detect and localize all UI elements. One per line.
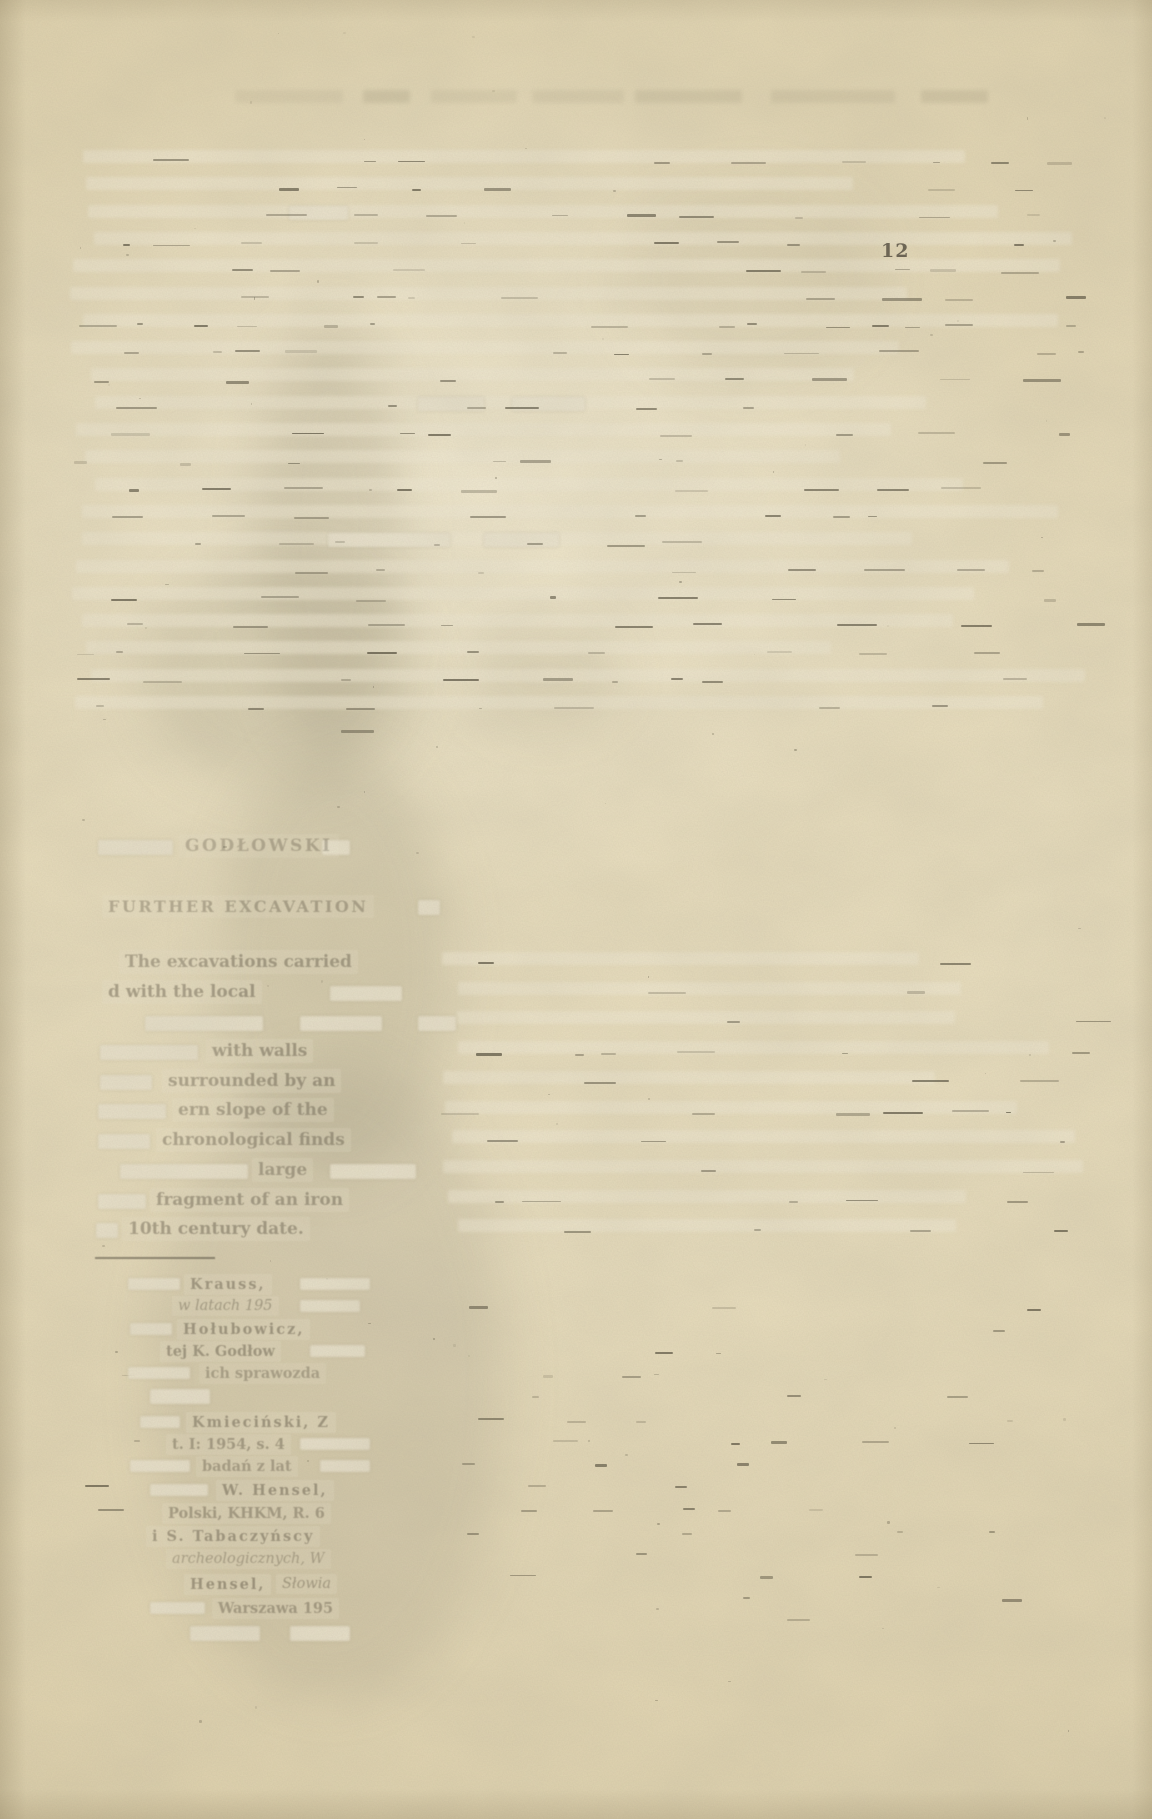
author-name-fragment: GODŁOWSKI (185, 836, 333, 856)
illegible-word-ghost (300, 1278, 370, 1290)
illegible-word-ghost (98, 840, 173, 855)
footnote-line: W. Hensel, (222, 1482, 328, 1499)
illegible-word-ghost (150, 1389, 210, 1404)
illegible-word-ghost (140, 1416, 180, 1428)
illegible-word-ghost (128, 1278, 180, 1290)
footnote-line: w latach 195 (178, 1298, 273, 1314)
illegible-word-ghost (130, 1460, 190, 1472)
illegible-word-ghost (120, 1164, 248, 1179)
paragraph-line: d with the local (108, 982, 256, 1002)
footnote-line: Krauss, (190, 1276, 266, 1293)
article-title-fragment: FURTHER EXCAVATION (108, 897, 368, 916)
illegible-word-ghost (300, 1300, 360, 1312)
illegible-word-ghost (330, 986, 402, 1001)
illegible-word-ghost (98, 1134, 150, 1149)
illegible-word-ghost (300, 1016, 382, 1031)
paragraph-line: ern slope of the (178, 1100, 328, 1120)
illegible-word-ghost (190, 1626, 260, 1641)
illegible-word-ghost (150, 1602, 205, 1614)
footnote-line: tej K. Godłow (166, 1343, 275, 1360)
footnote-line: archeologicznych, W (172, 1551, 325, 1567)
illegible-word-ghost (150, 1484, 208, 1496)
illegible-word-ghost (330, 1164, 416, 1179)
footnote-line: Warszawa 195 (218, 1600, 333, 1617)
illegible-word-ghost (145, 1016, 263, 1031)
illegible-word-ghost (300, 1438, 370, 1450)
paragraph-line: with walls (212, 1041, 307, 1061)
scanned-page: GODŁOWSKIFURTHER EXCAVATIONThe excavatio… (0, 0, 1152, 1819)
illegible-word-ghost (418, 1016, 456, 1031)
footnote-rule (95, 1257, 215, 1259)
illegible-word-ghost (130, 1323, 172, 1335)
page-number: 12 (881, 240, 909, 262)
footnote-line: t. I: 1954, s. 4 (172, 1436, 285, 1453)
paragraph-line: The excavations carried (125, 952, 352, 972)
illegible-word-ghost (310, 1345, 365, 1357)
illegible-word-ghost (128, 1367, 190, 1379)
footnote-line: badań z lat (202, 1458, 292, 1475)
legible-text-layer: GODŁOWSKIFURTHER EXCAVATIONThe excavatio… (0, 0, 1152, 1819)
footnote-line: Polski, KHKM, R. 6 (168, 1505, 325, 1522)
illegible-word-ghost (98, 1194, 146, 1209)
illegible-word-ghost (100, 1045, 198, 1060)
footnote-line: Słowia (282, 1576, 331, 1592)
footnote-line: i S. Tabaczyńscy (152, 1528, 314, 1545)
paragraph-line: chronological finds (162, 1130, 345, 1150)
footnote-line: Hołubowicz, (183, 1321, 304, 1338)
illegible-word-ghost (290, 1626, 350, 1641)
illegible-word-ghost (98, 1104, 166, 1119)
paragraph-line: large (258, 1160, 307, 1180)
illegible-word-ghost (320, 1460, 370, 1472)
paragraph-line: fragment of an iron (156, 1190, 343, 1210)
paragraph-line: surrounded by an (168, 1071, 335, 1091)
paragraph-line: 10th century date. (128, 1219, 304, 1239)
illegible-word-ghost (418, 900, 440, 915)
footnote-line: Hensel, (190, 1576, 265, 1593)
footnote-line: ich sprawozda (205, 1365, 320, 1382)
footnote-line: Kmieciński, Z (192, 1414, 330, 1431)
illegible-word-ghost (100, 1075, 152, 1090)
illegible-word-ghost (96, 1223, 118, 1238)
